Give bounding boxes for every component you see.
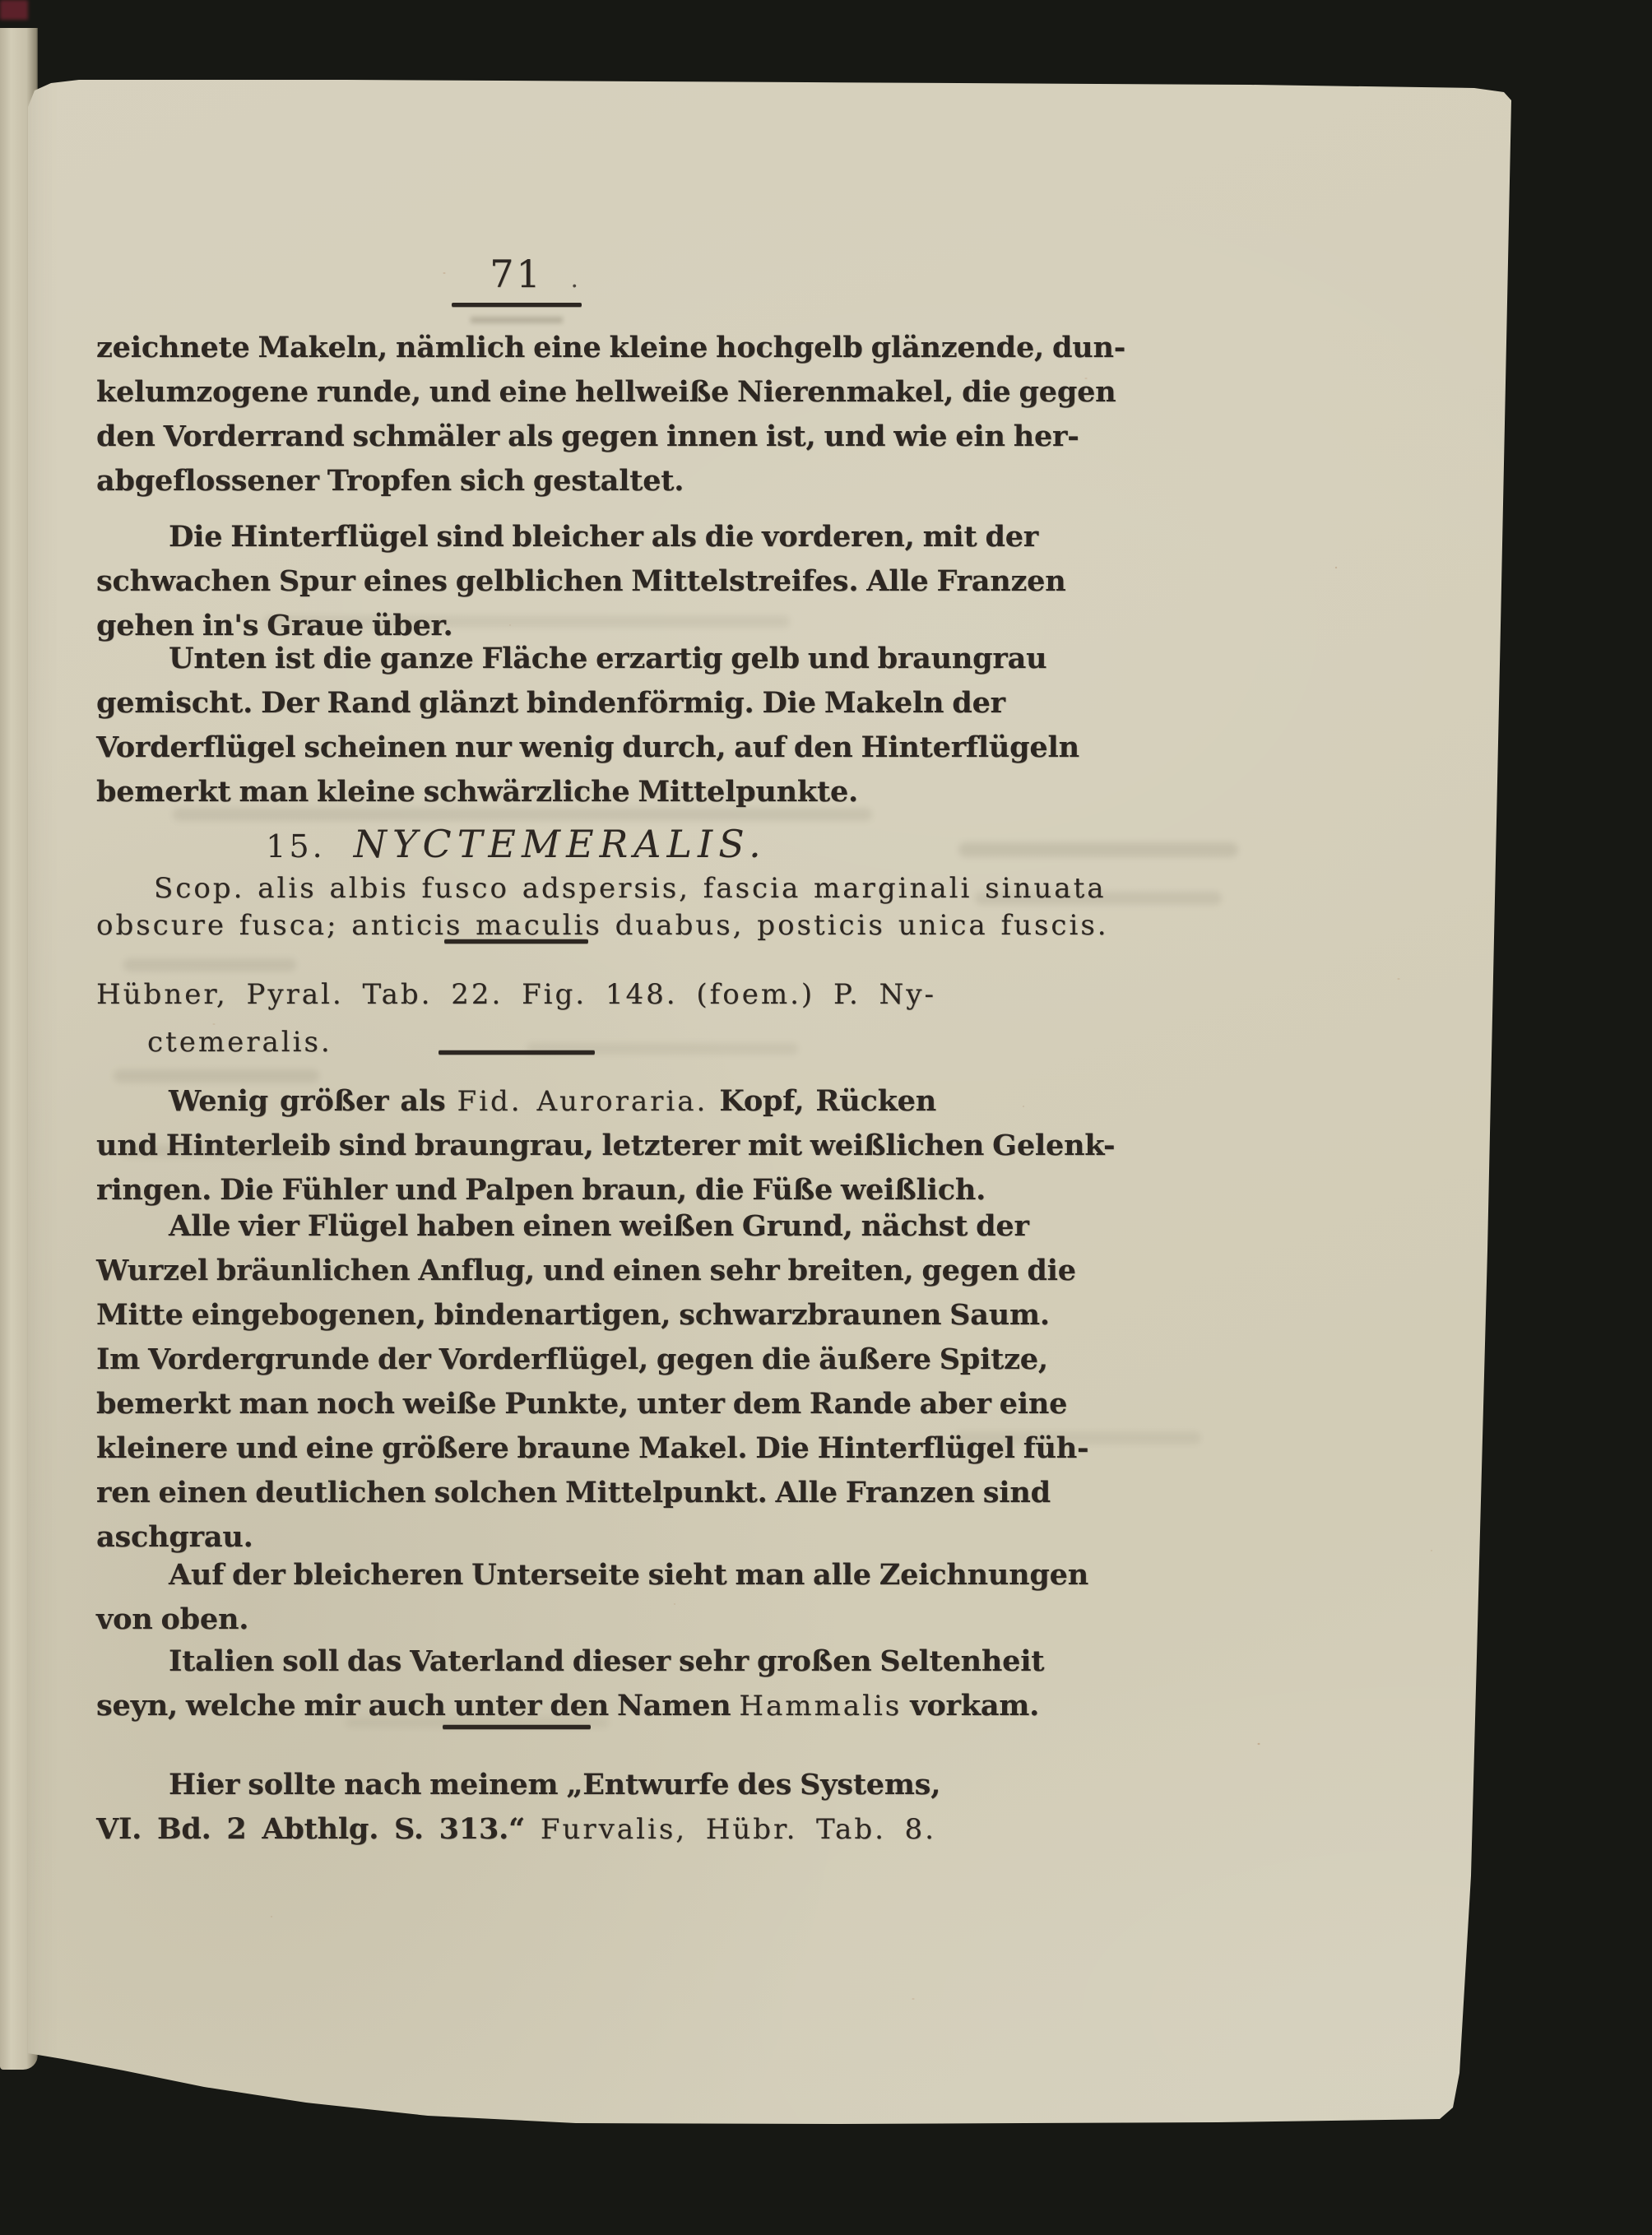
antiqua-text: ctemeralis. [147, 1026, 332, 1059]
antiqua-text: Fid. Auroraria. [457, 1085, 708, 1118]
antiqua-text: Hübner, Pyral. Tab. 22. Fig. 148. (foem.… [96, 978, 936, 1011]
text-line: Italien soll das Vaterland dieser sehr g… [96, 1639, 936, 1684]
section-rule [444, 939, 588, 944]
show-through-mark [958, 842, 1238, 857]
text-line: ren einen deutlichen solchen Mittelpunkt… [96, 1471, 936, 1515]
para-block: Alle vier Flügel haben einen weißen Grun… [96, 1204, 936, 1560]
fraktur-text: von oben. [96, 1602, 248, 1636]
text-line: Vorderflügel scheinen nur wenig durch, a… [96, 726, 936, 770]
text-line: Alle vier Flügel haben einen weißen Grun… [96, 1204, 936, 1249]
fraktur-text: aschgrau. [96, 1520, 253, 1554]
para-block: Hier sollte nach meinem „Entwurfe des Sy… [96, 1763, 936, 1852]
fraktur-text: gemischt. Der Rand glänzt bindenförmig. … [96, 686, 1005, 720]
text-line: Hübner, Pyral. Tab. 22. Fig. 148. (foem.… [96, 969, 936, 1017]
text-line: ctemeralis. [96, 1017, 936, 1064]
para-block: Die Hinterflügel sind bleicher als die v… [96, 515, 936, 648]
fraktur-text: seyn, welche mir auch unter den Namen [96, 1689, 739, 1723]
species-number: 15. [266, 828, 325, 865]
fraktur-text: Vorderflügel scheinen nur wenig durch, a… [96, 730, 1079, 764]
fraktur-text: kelumzogene runde, und eine hellweiße Ni… [96, 375, 1116, 409]
fraktur-text: Auf der bleicheren Unterseite sieht man … [169, 1558, 1088, 1592]
fraktur-text: Wenig größer als [169, 1084, 457, 1118]
text-line: von oben. [96, 1597, 936, 1642]
text-column: 71 . zeichnete Makeln, nämlich eine klei… [96, 0, 936, 2235]
page-number-block: 71 . [96, 252, 936, 323]
text-line: und Hinterleib sind braungrau, letzterer… [96, 1124, 936, 1168]
text-line: den Vorderrand schmäler als gegen innen … [96, 415, 936, 459]
fraktur-text: vorkam. [902, 1689, 1039, 1723]
fraktur-text: zeichnete Makeln, nämlich eine kleine ho… [96, 331, 1125, 364]
fraktur-text: bemerkt man kleine schwärzliche Mittelpu… [96, 775, 858, 809]
fraktur-text: schwachen Spur eines gelblichen Mittelst… [96, 564, 1065, 598]
fraktur-text: Die Hinterflügel sind bleicher als die v… [169, 520, 1038, 554]
section-rule [443, 1725, 591, 1729]
section-rule [439, 1050, 595, 1055]
species-name: NYCTEMERALIS. [354, 822, 767, 866]
binding-corner-mark [0, 0, 28, 20]
text-line: Hier sollte nach meinem „Entwurfe des Sy… [96, 1763, 936, 1807]
fraktur-text: den Vorderrand schmäler als gegen innen … [96, 420, 1079, 453]
text-line: Wenig größer als Fid. Auroraria. Kopf, R… [96, 1079, 936, 1124]
text-line: Die Hinterflügel sind bleicher als die v… [96, 515, 936, 559]
fraktur-text: Mitte eingebogenen, bindenartigen, schwa… [96, 1298, 1050, 1332]
text-line: Mitte eingebogenen, bindenartigen, schwa… [96, 1293, 936, 1338]
text-line: VI. Bd. 2 Abthlg. S. 313.“ Furvalis, Hüb… [96, 1807, 936, 1852]
text-line: gemischt. Der Rand glänzt bindenförmig. … [96, 681, 936, 726]
page-number-smudge [471, 317, 563, 323]
text-line: kleinere und eine größere braune Makel. … [96, 1426, 936, 1471]
fraktur-text: Italien soll das Vaterland dieser sehr g… [169, 1644, 1044, 1678]
antiqua-text: obscure fusca; anticis maculis duabus, p… [96, 909, 1109, 942]
fraktur-text: Kopf, Rücken [708, 1084, 936, 1118]
para-block: zeichnete Makeln, nämlich eine kleine ho… [96, 326, 936, 503]
antiqua-text: Hammalis [739, 1690, 902, 1723]
para-block: Unten ist die ganze Fläche erzartig gelb… [96, 637, 936, 814]
page-number: 71 [490, 252, 543, 296]
text-line: bemerkt man kleine schwärzliche Mittelpu… [96, 770, 936, 814]
fraktur-text: Im Vordergrunde der Vorderflügel, gegen … [96, 1342, 1048, 1376]
para-block: Wenig größer als Fid. Auroraria. Kopf, R… [96, 1079, 936, 1213]
fraktur-text: Hier sollte nach meinem „Entwurfe des Sy… [169, 1768, 940, 1801]
text-line: bemerkt man noch weiße Punkte, unter dem… [96, 1382, 936, 1426]
fraktur-text: VI. Bd. 2 Abthlg. S. 313.“ [96, 1812, 541, 1846]
book-scan: { "page_scan": { "page_number": "71", "s… [0, 0, 1652, 2235]
stray-ink-mark: . [571, 265, 579, 294]
antiqua-text: Scop. alis albis fusco adspersis, fascia… [154, 872, 1107, 905]
fraktur-text: abgeflossener Tropfen sich gestaltet. [96, 464, 684, 498]
heading-block: 15.NYCTEMERALIS. [96, 823, 936, 865]
fraktur-text: bemerkt man noch weiße Punkte, unter dem… [96, 1387, 1067, 1421]
fraktur-text: Wurzel bräunlichen Anflug, und einen seh… [96, 1254, 1076, 1287]
latin-block: Scop. alis albis fusco adspersis, fascia… [96, 870, 936, 944]
book-page: 71 . zeichnete Makeln, nämlich eine klei… [0, 0, 1652, 2235]
text-line: Im Vordergrunde der Vorderflügel, gegen … [96, 1338, 936, 1382]
fraktur-text: ren einen deutlichen solchen Mittelpunkt… [96, 1476, 1051, 1509]
para-block: Auf der bleicheren Unterseite sieht man … [96, 1553, 936, 1642]
text-line: Scop. alis albis fusco adspersis, fascia… [96, 870, 936, 907]
fraktur-text: und Hinterleib sind braungrau, letzterer… [96, 1129, 1115, 1162]
text-line: kelumzogene runde, und eine hellweiße Ni… [96, 370, 936, 415]
text-line: seyn, welche mir auch unter den Namen Ha… [96, 1684, 936, 1728]
text-line: Unten ist die ganze Fläche erzartig gelb… [96, 637, 936, 681]
fraktur-text: Unten ist die ganze Fläche erzartig gelb… [169, 642, 1046, 675]
text-line: zeichnete Makeln, nämlich eine kleine ho… [96, 326, 936, 370]
fraktur-text: Alle vier Flügel haben einen weißen Grun… [169, 1209, 1029, 1243]
text-line: schwachen Spur eines gelblichen Mittelst… [96, 559, 936, 604]
text-line: abgeflossener Tropfen sich gestaltet. [96, 459, 936, 503]
para-block: Italien soll das Vaterland dieser sehr g… [96, 1639, 936, 1728]
fraktur-text: ringen. Die Fühler und Palpen braun, die… [96, 1173, 986, 1207]
text-line: Wurzel bräunlichen Anflug, und einen seh… [96, 1249, 936, 1293]
text-line: Auf der bleicheren Unterseite sieht man … [96, 1553, 936, 1597]
page-number-rule [452, 303, 582, 307]
fraktur-text: kleinere und eine größere braune Makel. … [96, 1431, 1088, 1465]
antiqua-text: Furvalis, Hübr. Tab. 8. [541, 1813, 936, 1846]
